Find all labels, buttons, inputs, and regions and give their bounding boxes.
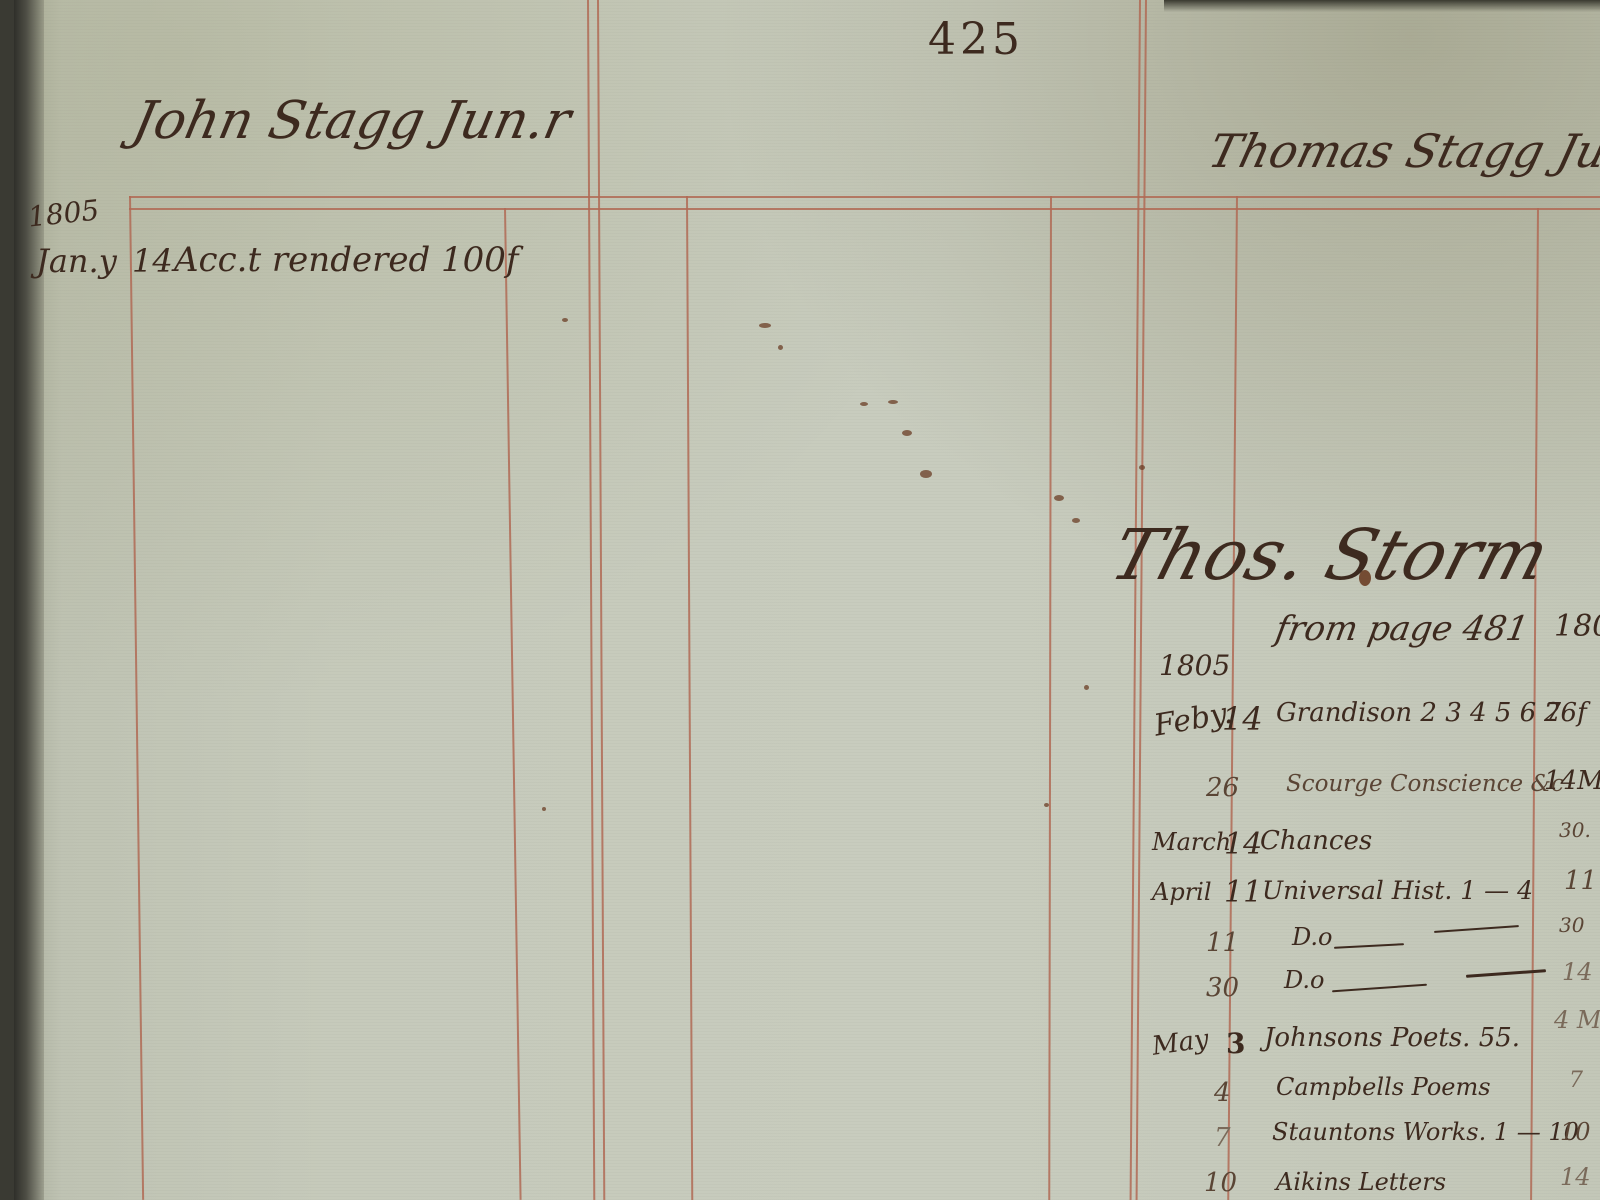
entry-desc-scourge: Scourge Conscience &c [1286,773,1564,796]
ditto-dash-2 [1332,984,1427,993]
ink-speck [759,323,771,328]
entry-day-6: 11 [1206,930,1239,956]
entry-day-5: 11 [1224,878,1262,908]
ink-speck [1054,495,1064,501]
entry-day-10: 7 [1214,1125,1231,1151]
center-amount-rule-2 [1048,196,1051,1200]
ink-blot [1359,570,1371,586]
entry-amount-5: 11 [1564,868,1597,894]
page-edge-shadow [1164,0,1600,12]
header-rule-top [129,196,1600,198]
binding-shadow [14,0,44,1200]
entry-amount-6: 30 [1559,915,1584,935]
entry-day-9: 4 [1214,1080,1231,1106]
entry-desc-universal-hist: Universal Hist. 1 — 4 [1262,878,1533,903]
page-divider-rule-a [1130,0,1141,1200]
header-rule-bottom [129,208,1600,210]
center-double-rule-a [587,0,595,1200]
ink-speck [860,402,868,406]
ink-speck [902,430,912,436]
left-date-rule [129,196,144,1200]
entry-amount-10: 10 [1560,1120,1591,1144]
entry-amount-9: 7 [1569,1070,1583,1092]
entry-desc-chances: Chances [1260,828,1372,854]
entry-amount-2: 14M [1544,768,1600,794]
ink-speck [920,470,932,478]
ink-speck [1139,465,1145,470]
ink-speck [778,345,783,350]
left-entry-year: 1805 [27,196,101,231]
entry-desc-aikins-letters: Aikins Letters [1276,1170,1446,1194]
entry-month-may: May [1150,1026,1210,1060]
entry-amount-3: 30. [1559,820,1591,840]
ditto-dash-1 [1334,943,1404,949]
left-amount-rule-1 [504,208,521,1200]
entry-amount-1: 26f [1544,700,1587,726]
center-double-rule-b [597,0,605,1200]
carried-from-label: from page 481 [1273,612,1531,646]
ditto-strike-1 [1434,925,1519,933]
right-account-subheading: Thos. Storm [1104,520,1556,590]
entry-amount-11: 14 [1560,1165,1591,1189]
entry-amount-7: 14 [1562,960,1593,984]
ink-speck [542,807,546,811]
left-entry-day: 14 [132,245,173,277]
entry-desc-stauntons-works: Stauntons Works. 1 — 10 [1272,1120,1579,1144]
center-amount-rule [686,196,693,1200]
entry-day-4: 14 [1224,830,1262,860]
entry-day-1: 14 [1222,703,1263,735]
ink-speck [1084,685,1089,690]
entry-desc-ditto-1: D.o [1292,925,1332,949]
ink-speck [562,318,568,322]
ink-speck [1044,803,1049,807]
ledger-page: 425 John Stagg Jun.r 1805 Jan.y 14 Acc.t… [14,0,1600,1200]
entry-day-2: 26 [1206,775,1239,801]
entry-day-11: 10 [1204,1170,1237,1196]
entry-month-march: March [1152,830,1231,854]
left-account-heading: John Stagg Jun.r [128,95,575,147]
entry-month-april: April [1152,880,1212,904]
ink-speck [1072,518,1080,523]
left-entry-description: Acc.t rendered 100f [174,243,519,277]
entry-desc-ditto-2: D.o [1284,968,1324,992]
entry-amount-8: 4 M [1554,1008,1600,1032]
entry-desc-campbells-poems: Campbells Poems [1276,1075,1491,1099]
page-number: 425 [928,18,1024,62]
right-year: 1805 [1159,652,1230,680]
carried-amount: 180 [1554,612,1600,642]
entry-day-8: 3 [1226,1030,1245,1058]
ink-speck [888,400,898,404]
right-account-heading: Thomas Stagg Ju [1204,128,1600,174]
entry-desc-grandison: Grandison 2 3 4 5 6 7 [1276,700,1561,726]
ditto-strike-2 [1466,969,1546,978]
left-entry-month: Jan.y [36,245,117,277]
entry-desc-johnsons-poets: Johnsons Poets. 55. [1264,1025,1520,1051]
entry-day-7: 30 [1206,975,1239,1001]
